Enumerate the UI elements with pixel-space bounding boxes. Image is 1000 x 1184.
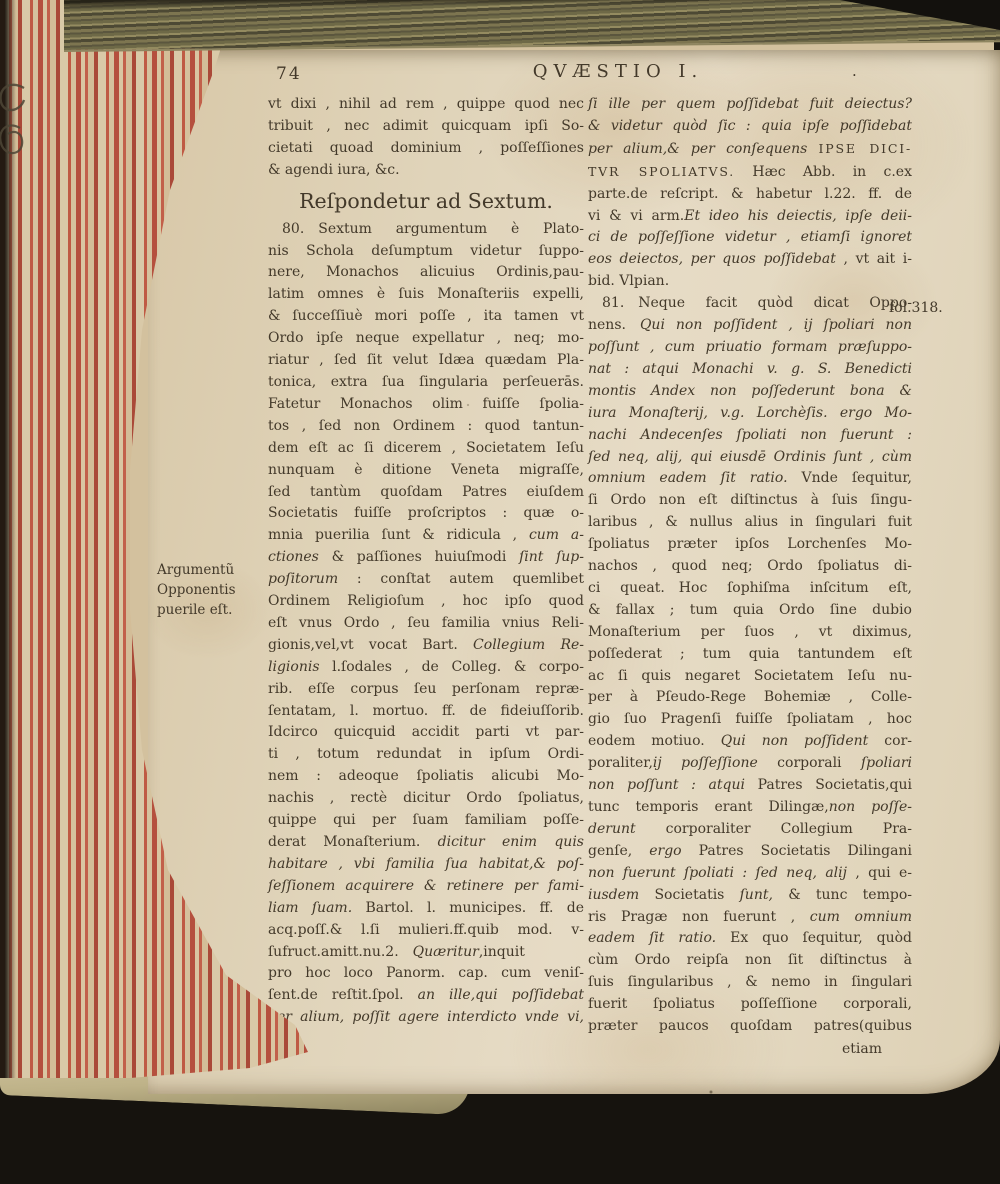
roman-text: nere, Monachos alicuius Ordinis,pau- — [268, 264, 584, 280]
italic-text: cum a- — [529, 527, 584, 543]
text-line: ſeſſionem acquirere & retinere per fami- — [268, 876, 584, 898]
roman-text: & tunc tempo- — [773, 887, 912, 903]
text-line: tribuit , nec adimit quicquam ipſi So- — [268, 116, 584, 138]
roman-text: ſent.de reſtit.ſpol. — [268, 987, 418, 1003]
text-line: dem eſt ac ſi dicerem , Societatem Ieſu — [268, 438, 584, 460]
text-line: nis Schola deſumptum videtur ſuppo- — [268, 241, 584, 263]
text-line: eadem ſit ratio. Ex quo ſequitur, quòd — [588, 928, 912, 950]
italic-text: poſſunt , cum priuatio formam præſuppo- — [588, 339, 912, 355]
italic-text: eos deiectos, per quos poſſidebat — [588, 251, 836, 267]
roman-text: Idcirco quicquid accidit parti vt par- — [268, 724, 584, 740]
text-line: cietati quoad dominium , poſſeſſiones — [268, 138, 584, 160]
italic-text: montis Andex non poſſederunt bona & — [588, 383, 912, 399]
roman-text: poſſederat ; tum quia tantundem eſt — [588, 646, 912, 662]
text-line: poraliter,ij poſſeſſione corporali ſpoli… — [588, 753, 912, 775]
text-line: TVR SPOLIATVS. Hæc Abb. in c.ex — [588, 161, 912, 184]
roman-text: 80. Sextum argumentum è Plato- — [268, 221, 584, 237]
margin-note-left: Argumentũ Opponentis puerile eſt. — [157, 560, 265, 620]
roman-text: dem eſt ac ſi dicerem , Societatem Ieſu — [268, 440, 584, 456]
text-line: acq.poſſ.& l.ſi mulieri.ff.quib mod. v- — [268, 920, 584, 942]
roman-text: tos , ſed non Ordinem : quod tantun- — [268, 418, 584, 434]
italic-text: ligionis — [268, 659, 320, 675]
header-dot: · — [852, 66, 857, 84]
text-line: poſſederat ; tum quia tantundem eſt — [588, 644, 912, 666]
text-line: poſitorum : conſtat autem quemlibet — [268, 569, 584, 591]
text-line: ſed neq, alij, qui eiusdē Ordinis ſunt ,… — [588, 447, 912, 469]
italic-text: nachi Andecenſes ſpoliati non fuerunt : — [588, 427, 912, 443]
text-line: fuerit ſpoliatus poſſeſſione corporali, — [588, 994, 912, 1016]
italic-text: cum omnium — [810, 909, 912, 925]
italic-text: nat : atqui Monachi v. g. S. Benedicti — [588, 361, 912, 377]
roman-text: , qui e- — [847, 865, 912, 881]
roman-text: ſi Ordo non eſt diſtinctus à ſuis ſingu- — [588, 492, 912, 508]
roman-text: 81. Neque facit quòd dicat Oppo- — [588, 295, 912, 311]
roman-text: præter paucos quoſdam patres(quibus — [588, 1018, 912, 1034]
italic-text: an ille,qui poſſidebat — [418, 987, 584, 1003]
roman-text: Societatis — [639, 887, 739, 903]
text-line: ſufruct.amitt.nu.2. Quæritur,inquit — [268, 942, 584, 964]
roman-text: bid. Vlpian. — [588, 273, 669, 289]
text-line: tunc temporis erant Dilingæ,non poſſe- — [588, 797, 912, 819]
text-line: nachis , rectè dicitur Ordo ſpoliatus, — [268, 788, 584, 810]
text-line: habitare , vbi familia ſua habitat,& poſ… — [268, 854, 584, 876]
roman-text: ac ſi quis negaret Societatem Ieſu nu- — [588, 668, 912, 684]
roman-text: laribus , & nullus alius in ſingulari fu… — [588, 514, 912, 530]
text-line: ſpoliatus præter ipſos Lorchenſes Mo- — [588, 534, 912, 556]
roman-text: ,inquit — [479, 944, 525, 960]
text-line: omnium eadem ſit ratio. Vnde ſequitur, — [588, 468, 912, 490]
roman-text: per à Pſeudo-Rege Bohemiæ , Colle- — [588, 689, 912, 705]
text-line: ris Pragæ non fuerunt , cum omnium — [588, 907, 912, 929]
roman-text: quippe qui per ſuam familiam poſſe- — [268, 812, 584, 828]
roman-text: nachis , rectè dicitur Ordo ſpoliatus, — [268, 790, 584, 806]
text-line: ſi ille per quem poſſidebat fuit deiectu… — [588, 94, 912, 116]
text-line: & fallax ; tum quia Ordo ſine dubio — [588, 600, 912, 622]
left-column: vt dixi , nihil ad rem , quippe quod nec… — [268, 94, 584, 1029]
margin-note-line: Opponentis — [157, 580, 265, 600]
text-line: derat Monaſterium. dicitur enim quis — [268, 832, 584, 854]
text-line: 81. Neque facit quòd dicat Oppo- — [588, 293, 912, 315]
handwritten-shelfmark-icon — [0, 76, 58, 196]
text-line: poſſunt , cum priuatio formam præſuppo- — [588, 337, 912, 359]
text-line: gio ſuo Pragenſi fuiſſe ſpoliatam , hoc — [588, 709, 912, 731]
text-line: 80. Sextum argumentum è Plato- — [268, 219, 584, 241]
italic-text: habitare , vbi familia ſua habitat,& poſ… — [268, 856, 584, 872]
text-line: eos deiectos, per quos poſſidebat , vt a… — [588, 249, 912, 271]
book-photo: 74 QVÆSTIO I. · vt dixi , nihil ad rem ,… — [0, 0, 1000, 1184]
roman-text: nunquam è ditione Veneta migraſſe, — [268, 462, 584, 478]
text-line: pro hoc loco Panorm. cap. cum veniſ- — [268, 963, 584, 985]
text-line: ſed tantùm quoſdam Patres eiuſdem — [268, 482, 584, 504]
text-line: nens. Qui non poſſident , ij ſpoliari no… — [588, 315, 912, 337]
text-line: riatur , ſed ſit velut Idæa quædam Pla- — [268, 350, 584, 372]
text-line: vt dixi , nihil ad rem , quippe quod nec — [268, 94, 584, 116]
italic-text: per alium, poſſit agere interdicto vnde … — [268, 1009, 584, 1025]
text-line: nat : atqui Monachi v. g. S. Benedicti — [588, 359, 912, 381]
italic-text: iura Monaſterij, v.g. Lorchèſis. ergo Mo… — [588, 405, 912, 421]
roman-text: nis Schola deſumptum videtur ſuppo- — [268, 243, 584, 259]
roman-text: ſuis ſingularibus , & nemo in ſingulari — [588, 974, 912, 990]
italic-text: non poſſe- — [829, 799, 912, 815]
roman-text: mnia puerilia ſunt & ridicula , — [268, 527, 529, 543]
roman-text: genſe, — [588, 843, 649, 859]
roman-text: ti , totum redundat in ipſum Ordi- — [268, 746, 584, 762]
roman-text: Patres Societatis Dilingani — [682, 843, 912, 859]
roman-text: corporaliter Collegium Pra- — [636, 821, 912, 837]
text-line: liam ſuam. Bartol. l. municipes. ff. de — [268, 898, 584, 920]
text-line: Ordo ipſe neque expellatur , neq; mo- — [268, 328, 584, 350]
italic-text: poſitorum — [268, 571, 338, 587]
text-line: eodem motiuo. Qui non poſſident cor- — [588, 731, 912, 753]
text-line: Societatis fuiſſe proſcriptos : quæ o- — [268, 503, 584, 525]
roman-text: Ex quo ſequitur, quòd — [716, 930, 912, 946]
page-number: 74 — [276, 64, 302, 84]
text-line: ſentatam, l. mortuo. ff. de fideiuſſorib… — [268, 701, 584, 723]
text-line: latim omnes è ſuis Monaſteriis expelli, — [268, 284, 584, 306]
text-line: nachi Andecenſes ſpoliati non fuerunt : — [588, 425, 912, 447]
italic-text: ſeſſionem acquirere & retinere per fami- — [268, 878, 584, 894]
roman-text: nem : adeoque ſpoliatis alicubi Mo- — [268, 768, 584, 784]
roman-text: Bartol. l. municipes. ff. de — [352, 900, 584, 916]
italic-text: per alium,& per conſequens — [588, 141, 819, 157]
roman-text: Ordo ipſe neque expellatur , neq; mo- — [268, 330, 584, 346]
text-line: parte.de reſcript. & habetur l.22. ff. d… — [588, 184, 912, 206]
italic-text: non poſſunt : atqui — [588, 777, 758, 793]
text-line: non fuerunt ſpoliati : ſed neq, alij , q… — [588, 863, 912, 885]
italic-text: Qui non poſſident , ij ſpoliari non — [640, 317, 912, 333]
roman-text: cor- — [868, 733, 912, 749]
text-line: non poſſunt : atqui Patres Societatis,qu… — [588, 775, 912, 797]
italic-text: liam ſuam. — [268, 900, 352, 916]
roman-text: gionis,vel,vt vocat Bart. — [268, 637, 473, 653]
text-line: ſuis ſingularibus , & nemo in ſingulari — [588, 972, 912, 994]
text-line: rib. eſſe corpus ſeu perſonam repræ- — [268, 679, 584, 701]
roman-text: & fallax ; tum quia Ordo ſine dubio — [588, 602, 912, 618]
text-line: mnia puerilia ſunt & ridicula , cum a- — [268, 525, 584, 547]
roman-text: cùm Ordo reipſa non ſit diſtinctus à — [588, 952, 912, 968]
italic-text: dicitur enim quis — [438, 834, 584, 850]
text-line: quippe qui per ſuam familiam poſſe- — [268, 810, 584, 832]
text-line: præter paucos quoſdam patres(quibus — [588, 1016, 912, 1038]
text-line: ti , totum redundat in ipſum Ordi- — [268, 744, 584, 766]
text-line: per à Pſeudo-Rege Bohemiæ , Colle- — [588, 687, 912, 709]
section-heading: Reſpondetur ad Sextum. — [268, 188, 584, 214]
roman-text: : conſtat autem quemlibet — [338, 571, 584, 587]
roman-text: poraliter, — [588, 755, 653, 771]
text-line: nunquam è ditione Veneta migraſſe, — [268, 460, 584, 482]
roman-text: ci queat. Hoc ſophiſma inſcitum eſt, — [588, 580, 912, 596]
text-line: per alium,& per conſequens IPSE DICI- — [588, 138, 912, 161]
roman-text: parte.de reſcript. & habetur l.22. ff. d… — [588, 186, 912, 202]
text-line: ci de poſſeſſione videtur , etiamſi igno… — [588, 227, 912, 249]
text-line: eſt vnus Ordo , ſeu familia vnius Reli- — [268, 613, 584, 635]
text-line: genſe, ergo Patres Societatis Dilingani — [588, 841, 912, 863]
italic-text: ergo — [649, 843, 681, 859]
italic-text: non fuerunt ſpoliati : ſed neq, alij — [588, 865, 847, 881]
roman-text: & agendi iura, &c. — [268, 162, 400, 178]
text-line: ac ſi quis negaret Societatem Ieſu nu- — [588, 666, 912, 688]
running-title: QVÆSTIO I. — [428, 61, 808, 82]
roman-text: corporali — [758, 755, 861, 771]
roman-text: & ſucceſſiuè mori poſſe , ita tamen vt — [268, 308, 584, 324]
right-column-lines: ſi ille per quem poſſidebat fuit deiectu… — [588, 94, 912, 1038]
italic-text: ij poſſeſſione — [653, 755, 758, 771]
text-line: tos , ſed non Ordinem : quod tantun- — [268, 416, 584, 438]
roman-text: tonica, extra ſua ſingularia perſeuerās. — [268, 374, 584, 390]
text-line: bid. Vlpian. — [588, 271, 912, 293]
text-line: cùm Ordo reipſa non ſit diſtinctus à — [588, 950, 912, 972]
margin-note-line: Argumentũ — [157, 560, 265, 580]
roman-text: Fatetur Monachos olim fuiſſe ſpolia- — [268, 396, 584, 412]
text-line: nachos , quod neq; Ordo ſpoliatus di- — [588, 556, 912, 578]
roman-text: tunc temporis erant Dilingæ, — [588, 799, 829, 815]
catchword: etiam — [588, 1038, 912, 1060]
roman-text: vi & vi arm. — [588, 208, 684, 224]
roman-text: pro hoc loco Panorm. cap. cum veniſ- — [268, 965, 584, 981]
text-line: ctiones & paſſiones huiuſmodi ſint ſup- — [268, 547, 584, 569]
italic-text: Quæritur — [413, 944, 479, 960]
roman-text: ris Pragæ non fuerunt , — [588, 909, 810, 925]
left-intro-lines: vt dixi , nihil ad rem , quippe quod nec… — [268, 94, 584, 182]
text-line: vi & vi arm.Et ideo his deiectis, ipſe d… — [588, 206, 912, 228]
roman-text: ſed tantùm quoſdam Patres eiuſdem — [268, 484, 584, 500]
roman-text: Monaſterium per ſuos , vt diximus, — [588, 624, 912, 640]
roman-text: cietati quoad dominium , poſſeſſiones — [268, 140, 584, 156]
italic-text: & videtur quòd ſic : quia ipſe poſſideba… — [588, 118, 912, 134]
text-line: Monaſterium per ſuos , vt diximus, — [588, 622, 912, 644]
text-line: & videtur quòd ſic : quia ipſe poſſideba… — [588, 116, 912, 138]
text-line: laribus , & nullus alius in ſingulari fu… — [588, 512, 912, 534]
roman-text: nens. — [588, 317, 640, 333]
roman-text: vt dixi , nihil ad rem , quippe quod nec — [268, 96, 584, 112]
text-line: Ordinem Religioſum , hoc ipſo quod — [268, 591, 584, 613]
italic-text: ſed neq, alij, qui eiusdē Ordinis ſunt ,… — [588, 449, 912, 465]
roman-text: & paſſiones huiuſmodi — [319, 549, 519, 565]
roman-text: riatur , ſed ſit velut Idæa quædam Pla- — [268, 352, 584, 368]
italic-text: ci de poſſeſſione videtur , etiamſi igno… — [588, 229, 912, 245]
roman-text: Ordinem Religioſum , hoc ipſo quod — [268, 593, 584, 609]
roman-text: nachos , quod neq; Ordo ſpoliatus di- — [588, 558, 912, 574]
roman-text: Hæc Abb. in c.ex — [735, 164, 912, 180]
roman-text: ſpoliatus præter ipſos Lorchenſes Mo- — [588, 536, 912, 552]
roman-text: ſufruct.amitt.nu.2. — [268, 944, 413, 960]
roman-text: ſentatam, l. mortuo. ff. de fideiuſſorib… — [268, 703, 584, 719]
roman-text: Vnde ſequitur, — [788, 470, 912, 486]
text-line: gionis,vel,vt vocat Bart. Collegium Re- — [268, 635, 584, 657]
right-column: ſi ille per quem poſſidebat fuit deiectu… — [588, 94, 912, 1060]
italic-text: ſunt, — [740, 887, 773, 903]
text-line: Idcirco quicquid accidit parti vt par- — [268, 722, 584, 744]
italic-text: ſi ille per quem poſſidebat fuit deiectu… — [588, 96, 912, 112]
text-line: nem : adeoque ſpoliatis alicubi Mo- — [268, 766, 584, 788]
italic-text: ſint ſup- — [519, 549, 584, 565]
spaced-caps-text: TVR SPOLIATVS. — [588, 164, 735, 179]
text-line: ci queat. Hoc ſophiſma inſcitum eſt, — [588, 578, 912, 600]
italic-text: iusdem — [588, 887, 639, 903]
roman-text: eſt vnus Ordo , ſeu familia vnius Reli- — [268, 615, 584, 631]
roman-text: acq.poſſ.& l.ſi mulieri.ff.quib mod. v- — [268, 922, 584, 938]
italic-text: Et ideo his deiectis, ipſe deii- — [684, 208, 912, 224]
italic-text: Qui non poſſident — [721, 733, 869, 749]
italic-text: omnium eadem ſit ratio. — [588, 470, 788, 486]
text-line: ſi Ordo non eſt diſtinctus à ſuis ſingu- — [588, 490, 912, 512]
text-line: ligionis l.ſodales , de Colleg. & corpo- — [268, 657, 584, 679]
roman-text: gio ſuo Pragenſi fuiſſe ſpoliatam , hoc — [588, 711, 912, 727]
text-line: nere, Monachos alicuius Ordinis,pau- — [268, 262, 584, 284]
italic-text: Collegium Re- — [473, 637, 584, 653]
text-line: per alium, poſſit agere interdicto vnde … — [268, 1007, 584, 1029]
margin-note-right: fol.318. — [889, 300, 943, 316]
roman-text: fuerit ſpoliatus poſſeſſione corporali, — [588, 996, 912, 1012]
text-line: iura Monaſterij, v.g. Lorchèſis. ergo Mo… — [588, 403, 912, 425]
text-line: Fatetur Monachos olim fuiſſe ſpolia- — [268, 394, 584, 416]
text-line: iusdem Societatis ſunt, & tunc tempo- — [588, 885, 912, 907]
text-line: derunt corporaliter Collegium Pra- — [588, 819, 912, 841]
text-line: montis Andex non poſſederunt bona & — [588, 381, 912, 403]
italic-text: eadem ſit ratio. — [588, 930, 716, 946]
roman-text: latim omnes è ſuis Monaſteriis expelli, — [268, 286, 584, 302]
italic-text: ſpoliari — [861, 755, 912, 771]
spaced-caps-text: IPSE DICI- — [819, 141, 912, 156]
roman-text: tribuit , nec adimit quicquam ipſi So- — [268, 118, 584, 134]
text-line: & ſucceſſiuè mori poſſe , ita tamen vt — [268, 306, 584, 328]
roman-text: rib. eſſe corpus ſeu perſonam repræ- — [268, 681, 584, 697]
roman-text: Patres Societatis,qui — [758, 777, 912, 793]
text-line: & agendi iura, &c. — [268, 160, 584, 182]
margin-note-line: puerile eſt. — [157, 600, 265, 620]
italic-text: ctiones — [268, 549, 319, 565]
text-line: tonica, extra ſua ſingularia perſeuerās. — [268, 372, 584, 394]
italic-text: derunt — [588, 821, 636, 837]
roman-text: l.ſodales , de Colleg. & corpo- — [320, 659, 584, 675]
text-line: ſent.de reſtit.ſpol. an ille,qui poſſide… — [268, 985, 584, 1007]
roman-text: Societatis fuiſſe proſcriptos : quæ o- — [268, 505, 584, 521]
roman-text: eodem motiuo. — [588, 733, 721, 749]
left-paragraph-80: 80. Sextum argumentum è Plato-nis Schola… — [268, 219, 584, 1030]
roman-text: , vt ait i- — [836, 251, 912, 267]
roman-text: derat Monaſterium. — [268, 834, 438, 850]
